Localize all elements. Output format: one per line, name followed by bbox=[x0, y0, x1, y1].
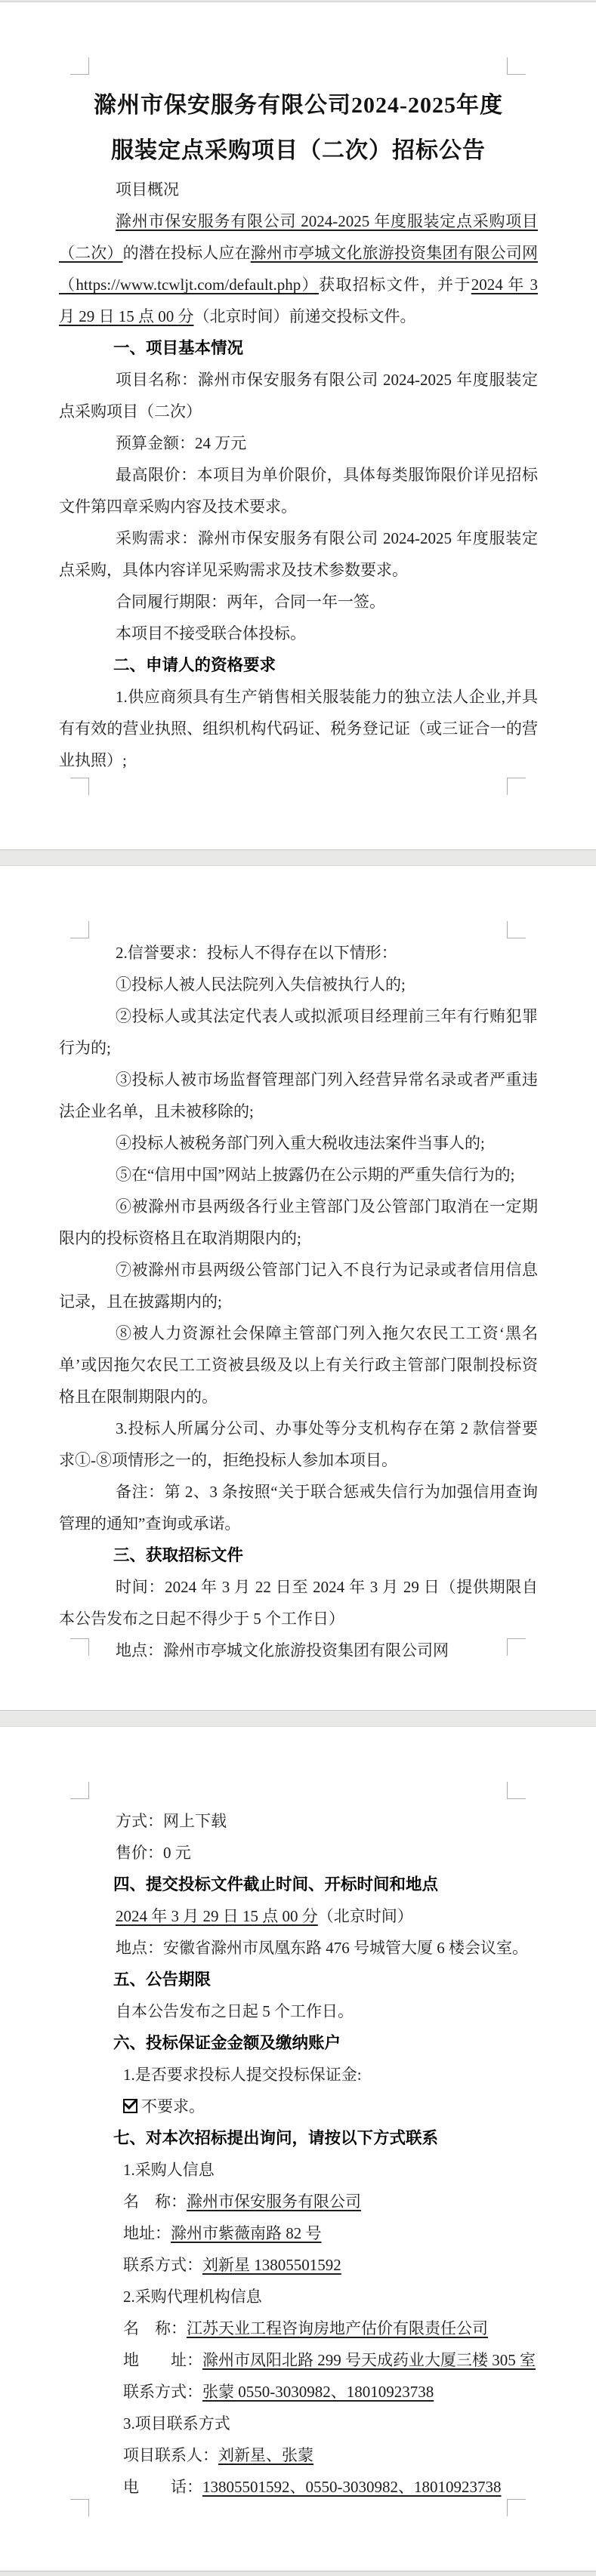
project-phone-label: 电 话： bbox=[123, 2478, 202, 2496]
announcement-period-line: 自本公告发布之日起 5 个工作日。 bbox=[59, 1995, 538, 2027]
purchaser-address-value: 滁州市紫薇南路 82 号 bbox=[171, 2224, 322, 2242]
document-title-line-1: 滁州市保安服务有限公司2024-2025年度 bbox=[59, 83, 538, 128]
project-person-value: 刘新星、张蒙 bbox=[218, 2446, 313, 2464]
submit-deadline-timezone: （北京时间） bbox=[318, 1907, 413, 1925]
heading-section-5: 五、公告期限 bbox=[59, 1964, 538, 1995]
text-boundary-mark-top-left bbox=[70, 1782, 89, 1799]
agency-contact-line: 联系方式：张蒙 0550-3030982、18010923738 bbox=[59, 2376, 538, 2408]
agency-contact-label: 联系方式： bbox=[123, 2383, 202, 2401]
qualification-item-3: 3.投标人所属分公司、办事处等分支机构存在第 2 款信誉要求①-⑧项情形之一的，… bbox=[59, 1413, 538, 1476]
text-boundary-mark-top-right bbox=[507, 921, 526, 938]
contract-term-line: 合同履行期限：两年，合同一年一签。 bbox=[59, 586, 538, 618]
deposit-answer-text: 不要求。 bbox=[141, 2097, 205, 2115]
overview-label: 项目概况 bbox=[59, 174, 538, 205]
page-1: 滁州市保安服务有限公司2024-2025年度 服装定点采购项目（二次）招标公告 … bbox=[0, 2, 596, 849]
text-boundary-mark-bottom-left bbox=[70, 778, 89, 795]
purchaser-name-value: 滁州市保安服务有限公司 bbox=[187, 2192, 361, 2211]
agency-name-label: 名 称： bbox=[123, 2319, 187, 2337]
text-boundary-mark-top-left bbox=[70, 921, 89, 938]
agency-address-line: 地 址：滁州市凤阳北路 299 号天成药业大厦三楼 305 室 bbox=[59, 2344, 538, 2376]
submit-deadline-line: 2024 年 3 月 29 日 15 点 00 分（北京时间） bbox=[59, 1900, 538, 1932]
heading-section-7: 七、对本次招标提出询问，请按以下方式联系 bbox=[59, 2122, 538, 2154]
purchaser-address-label: 地址： bbox=[123, 2224, 171, 2242]
submit-deadline-datetime: 2024 年 3 月 29 日 15 点 00 分 bbox=[116, 1907, 318, 1925]
text-boundary-mark-bottom-right bbox=[507, 2499, 526, 2516]
deposit-answer-line: 不要求。 bbox=[59, 2091, 538, 2122]
obtain-time-line: 时间：2024 年 3 月 22 日至 2024 年 3 月 29 日（提供期限… bbox=[59, 1571, 538, 1635]
no-consortium-line: 本项目不接受联合体投标。 bbox=[59, 618, 538, 649]
credit-clause-4: ④投标人被税务部门列入重大税收违法案件当事人的; bbox=[59, 1127, 538, 1159]
text-boundary-mark-bottom-right bbox=[507, 1638, 526, 1656]
qualification-note: 备注：第 2、3 条按照“关于联合惩戒失信行为加强信用查询管理的通知”查询或承诺… bbox=[59, 1476, 538, 1539]
qualification-item-1: 1.供应商须具有生产销售相关服装能力的独立法人企业,并具有有效的营业执照、组织机… bbox=[59, 681, 538, 776]
budget-line: 预算金额：24 万元 bbox=[59, 427, 538, 459]
credit-clause-6: ⑥被滁州市县两级各行业主管部门及公管部门取消在一定期限内的投标资格且在取消期限内… bbox=[59, 1191, 538, 1254]
project-person-label: 项目联系人： bbox=[123, 2446, 218, 2464]
purchaser-name-label: 名 称： bbox=[123, 2192, 187, 2211]
opening-place-line: 地点：安徽省滁州市凤凰东路 476 号城管大厦 6 楼会议室。 bbox=[59, 1932, 538, 1964]
text-boundary-mark-bottom-left bbox=[70, 2499, 89, 2516]
purchaser-name-line: 名 称：滁州市保安服务有限公司 bbox=[59, 2186, 538, 2217]
purchaser-contact-line: 联系方式：刘新星 13805501592 bbox=[59, 2249, 538, 2281]
max-price-line: 最高限价：本项目为单价限价，具体每类服饰限价详见招标文件第四章采购内容及技术要求… bbox=[59, 459, 538, 522]
intro-text-3: （北京时间）前递交投标文件。 bbox=[194, 307, 416, 325]
obtain-price-line: 售价：0 元 bbox=[59, 1837, 538, 1869]
checked-checkbox-icon bbox=[123, 2099, 137, 2113]
page-gap-2 bbox=[0, 1710, 596, 1727]
purchaser-info-heading: 1.采购人信息 bbox=[59, 2154, 538, 2186]
heading-section-4: 四、提交投标文件截止时间、开标时间和地点 bbox=[59, 1869, 538, 1900]
page-3: 方式：网上下载 售价：0 元 四、提交投标文件截止时间、开标时间和地点 2024… bbox=[0, 1727, 596, 2571]
document-title: 滁州市保安服务有限公司2024-2025年度 服装定点采购项目（二次）招标公告 bbox=[59, 83, 538, 174]
agency-name-value: 江苏天业工程咨询房地产估价有限责任公司 bbox=[187, 2319, 488, 2337]
text-boundary-mark-top-right bbox=[507, 1782, 526, 1799]
credit-clause-1: ①投标人被人民法院列入失信被执行人的; bbox=[59, 969, 538, 1000]
credit-clause-5: ⑤在“信用中国”网站上披露仍在公示期的严重失信行为的; bbox=[59, 1159, 538, 1191]
intro-text-2: 获取招标文件，并于 bbox=[319, 276, 471, 294]
intro-text-1: 的潜在投标人应在 bbox=[123, 244, 251, 262]
credit-clause-3: ③投标人被市场监督管理部门列入经营异常名录或者严重违法企业名单，且未被移除的; bbox=[59, 1064, 538, 1127]
project-name-line: 项目名称：滁州市保安服务有限公司 2024-2025 年度服装定点采购项目（二次… bbox=[59, 364, 538, 427]
document-viewport: 滁州市保安服务有限公司2024-2025年度 服装定点采购项目（二次）招标公告 … bbox=[0, 0, 596, 2576]
project-phone-line: 电 话：13805501592、0550-3030982、18010923738 bbox=[59, 2471, 538, 2503]
text-boundary-mark-top-right bbox=[507, 57, 526, 75]
agency-name-line: 名 称：江苏天业工程咨询房地产估价有限责任公司 bbox=[59, 2313, 538, 2344]
obtain-method-line: 方式：网上下载 bbox=[59, 1805, 538, 1837]
purchaser-contact-value: 刘新星 13805501592 bbox=[202, 2256, 341, 2274]
agency-address-label: 地 址： bbox=[123, 2351, 202, 2369]
qualification-item-2: 2.信誉要求：投标人不得存在以下情形： bbox=[59, 937, 538, 969]
heading-section-6: 六、投标保证金金额及缴纳账户 bbox=[59, 2027, 538, 2059]
heading-section-3: 三、获取招标文件 bbox=[59, 1539, 538, 1571]
agency-address-value: 滁州市凤阳北路 299 号天成药业大厦三楼 305 室 bbox=[202, 2351, 536, 2369]
purchaser-address-line: 地址：滁州市紫薇南路 82 号 bbox=[59, 2217, 538, 2249]
credit-clause-7: ⑦被滁州市县两级公管部门记入不良行为记录或者信用信息记录，且在披露期内的; bbox=[59, 1254, 538, 1317]
credit-clause-2: ②投标人或其法定代表人或拟派项目经理前三年有行贿犯罪行为的; bbox=[59, 1000, 538, 1064]
page-gap-1 bbox=[0, 849, 596, 866]
heading-section-2: 二、申请人的资格要求 bbox=[59, 649, 538, 681]
agency-info-heading: 2.采购代理机构信息 bbox=[59, 2281, 538, 2313]
obtain-place-line: 地点：滁州市亭城文化旅游投资集团有限公司网 bbox=[59, 1635, 538, 1666]
page-2: 2.信誉要求：投标人不得存在以下情形： ①投标人被人民法院列入失信被执行人的; … bbox=[0, 866, 596, 1710]
purchaser-contact-label: 联系方式： bbox=[123, 2256, 202, 2274]
heading-section-1: 一、项目基本情况 bbox=[59, 332, 538, 364]
credit-clause-8: ⑧被人力资源社会保障主管部门列入拖欠农民工工资‘黑名单’或因拖欠农民工工资被县级… bbox=[59, 1317, 538, 1413]
check-mark-icon bbox=[124, 2095, 138, 2109]
project-person-line: 项目联系人：刘新星、张蒙 bbox=[59, 2439, 538, 2471]
text-boundary-mark-bottom-left bbox=[70, 1638, 89, 1656]
project-contact-heading: 3.项目联系方式 bbox=[59, 2408, 538, 2439]
agency-contact-value: 张蒙 0550-3030982、18010923738 bbox=[202, 2383, 434, 2401]
project-phone-value: 13805501592、0550-3030982、18010923738 bbox=[202, 2478, 502, 2496]
demand-line: 采购需求：滁州市保安服务有限公司 2024-2025 年度服装定点采购，具体内容… bbox=[59, 522, 538, 586]
document-title-line-2: 服装定点采购项目（二次）招标公告 bbox=[59, 128, 538, 174]
intro-paragraph: 滁州市保安服务有限公司 2024-2025 年度服装定点采购项目（二次）的潜在投… bbox=[59, 205, 538, 332]
text-boundary-mark-top-left bbox=[70, 57, 89, 75]
page-edge-bottom bbox=[0, 2571, 596, 2576]
deposit-question-line: 1.是否要求投标人提交投标保证金: bbox=[59, 2059, 538, 2091]
text-boundary-mark-bottom-right bbox=[507, 778, 526, 795]
